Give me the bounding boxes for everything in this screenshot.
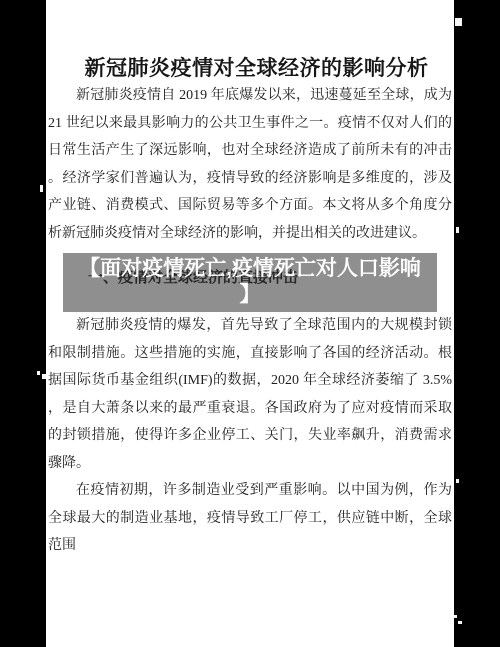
document-title: 新冠肺炎疫情对全球经济的影响分析 — [61, 56, 452, 82]
paragraph-lockdown-impact: 新冠肺炎疫情的爆发，首先导致了全球范围内的大规模封锁和限制措施。这些措施的实施，… — [48, 312, 452, 477]
noise-speck — [37, 371, 40, 375]
noise-speck — [454, 615, 457, 618]
document-page: 新冠肺炎疫情对全球经济的影响分析 新冠肺炎疫情自 2019 年底爆发以来，迅速蔓… — [46, 0, 454, 647]
screenshot-canvas: 新冠肺炎疫情对全球经济的影响分析 新冠肺炎疫情自 2019 年底爆发以来，迅速蔓… — [0, 0, 500, 647]
banner-overlay-line-1: 【面对疫情死亡,疫情死亡对人口影响 — [63, 256, 437, 282]
noise-speck — [455, 18, 462, 26]
noise-speck — [42, 374, 46, 379]
paragraph-intro: 新冠肺炎疫情自 2019 年底爆发以来，迅速蔓延至全球，成为 21 世纪以来最具… — [48, 82, 452, 247]
noise-speck — [456, 479, 459, 483]
noise-speck — [40, 185, 43, 192]
paragraph-manufacturing-impact: 在疫情初期，许多制造业受到严重影响。以中国为例，作为全球最大的制造业基地，疫情导… — [48, 477, 452, 560]
section-heading-banner: 一、疫情对全球经济的直接冲击 【面对疫情死亡,疫情死亡对人口影响 】 — [63, 253, 437, 312]
noise-speck — [458, 621, 462, 624]
noise-speck — [456, 227, 459, 233]
letterbox-left — [0, 0, 46, 647]
letterbox-right — [454, 0, 500, 647]
banner-overlay-line-2: 】 — [63, 282, 437, 308]
document-content: 新冠肺炎疫情对全球经济的影响分析 新冠肺炎疫情自 2019 年底爆发以来，迅速蔓… — [46, 56, 454, 560]
